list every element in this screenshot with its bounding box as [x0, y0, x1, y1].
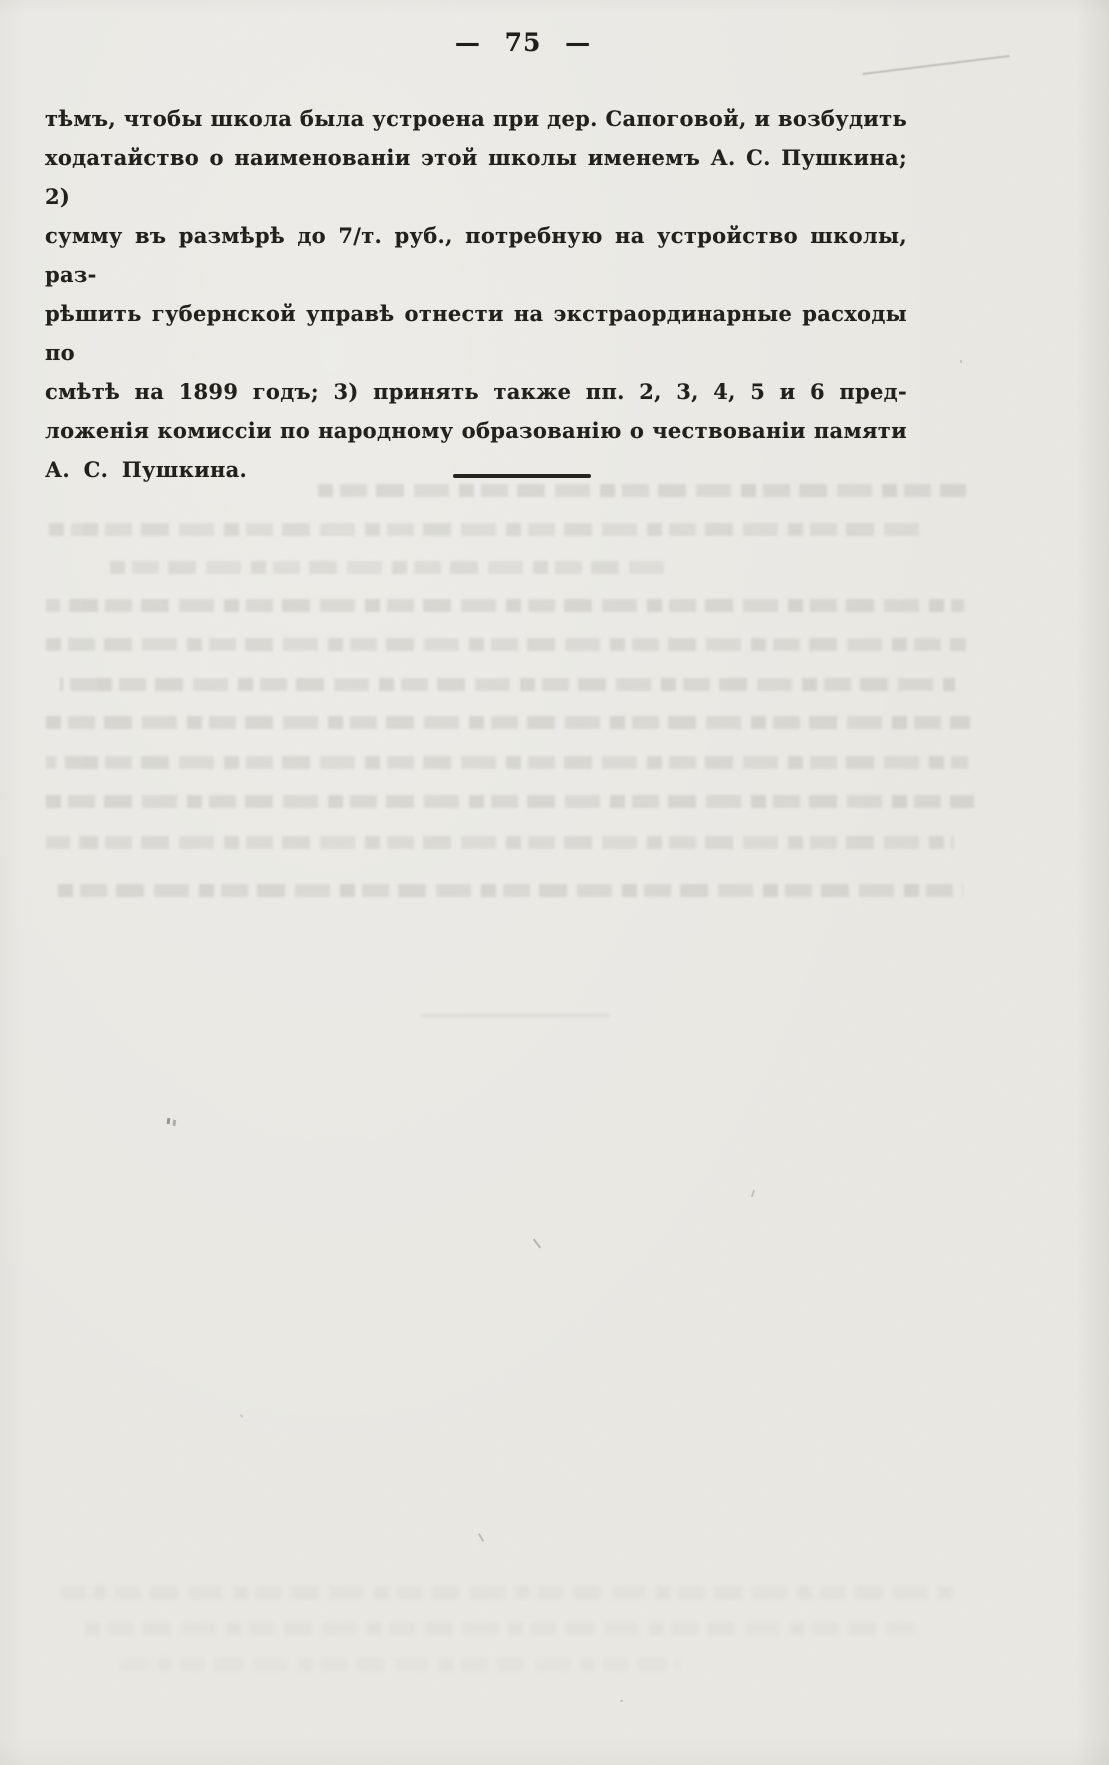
- bleed-through-line: [46, 756, 968, 769]
- text-line: А. С. Пушкина.: [45, 450, 907, 489]
- ink-speck: [167, 1118, 171, 1124]
- bleed-through-line: [60, 678, 955, 691]
- bleed-through-rule: [420, 1014, 610, 1017]
- bleed-through-line: [85, 1622, 915, 1635]
- ink-speck: [751, 1190, 755, 1197]
- text-line: ходатайство о наименованіи этой школы им…: [45, 138, 907, 216]
- bleed-through-line: [46, 523, 926, 536]
- bleed-through-line: [120, 1658, 680, 1671]
- text-line: тѣмъ, чтобы школа была устроена при дер.…: [45, 99, 907, 138]
- bleed-through-line: [46, 638, 966, 651]
- text-line: рѣшить губернской управѣ отнести на экст…: [45, 294, 907, 372]
- bleed-through-line: [58, 884, 963, 897]
- ink-speck: [240, 1414, 244, 1417]
- ink-speck: [620, 1700, 623, 1702]
- bleed-through-line: [55, 1586, 955, 1599]
- bleed-through-line: [110, 561, 670, 574]
- bleed-through-line: [46, 599, 964, 612]
- scratch-mark: [862, 55, 1009, 75]
- body-text-paragraph: тѣмъ, чтобы школа была устроена при дер.…: [45, 99, 907, 489]
- ink-speck: [478, 1533, 484, 1542]
- text-line: сумму въ размѣрѣ до 7/т. руб., потребную…: [45, 216, 907, 294]
- text-line: ложенія комиссіи по народному образовані…: [45, 411, 907, 450]
- scanned-book-page: { "header": { "page_number": "75", "page…: [0, 0, 1109, 1765]
- bleed-through-line: [46, 716, 970, 729]
- page-number: — 75 —: [455, 28, 591, 57]
- ink-speck: [960, 360, 962, 363]
- bleed-through-line: [46, 836, 954, 849]
- section-divider-rule: [453, 474, 591, 478]
- text-line: смѣтѣ на 1899 годъ; 3) принять также пп.…: [45, 372, 907, 411]
- bleed-through-line: [46, 795, 974, 808]
- ink-speck: [533, 1239, 541, 1249]
